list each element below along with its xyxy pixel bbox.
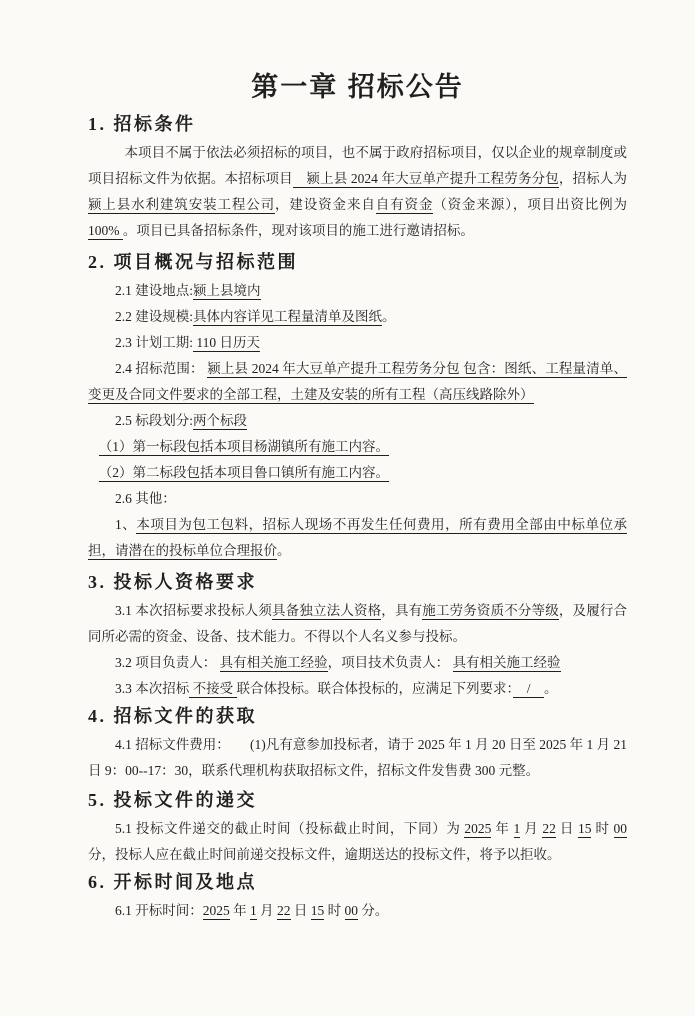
item-2-1-location: 2.1 建设地点:颍上县境内 bbox=[88, 278, 627, 304]
text-segment: 分，投标人应在截止时间前递交投标文件，逾期送达的投标文件，将予以拒收。 bbox=[88, 847, 561, 862]
text-segment: 时 bbox=[591, 821, 613, 836]
text-segment: （资金来源），项目出资比例为 bbox=[433, 197, 627, 212]
section-1-heading: 1. 招标条件 bbox=[88, 112, 627, 136]
text-segment: ，项目技术负责人： bbox=[328, 655, 453, 670]
underlined-fill-in-text: 颍上县 2024 年大豆单产提升工程劳务分包 bbox=[293, 171, 559, 188]
underlined-fill-in-text: 00 bbox=[614, 821, 628, 838]
item-2-4-scope: 2.4 招标范围： 颍上县 2024 年大豆单产提升工程劳务分包 包含：图纸、工… bbox=[88, 356, 627, 408]
item-2-6-note-1: 1、本项目为包工包料，招标人现场不再发生任何费用，所有费用全部由中标单位承担，请… bbox=[88, 512, 627, 564]
section-6-heading: 6. 开标时间及地点 bbox=[88, 870, 627, 894]
item-4-1-document-fee: 4.1 招标文件费用： (1)凡有意参加投标者，请于 2025 年 1 月 20… bbox=[88, 732, 627, 784]
underlined-fill-in-text: 颍上县境内 bbox=[193, 283, 261, 300]
text-segment: 2.4 招标范围： bbox=[115, 361, 207, 376]
item-5-1-submission-deadline: 5.1 投标文件递交的截止时间（投标截止时间，下同）为 2025 年 1 月 2… bbox=[88, 816, 627, 868]
text-segment: 分。 bbox=[358, 903, 388, 918]
text-segment: 2.3 计划工期: bbox=[115, 335, 193, 350]
underlined-fill-in-text: 具有相关施工经验 bbox=[453, 655, 561, 672]
text-segment: 。项目已具备招标条件，现对该项目的施工进行邀请招标。 bbox=[123, 223, 474, 238]
text-segment: 2.1 建设地点: bbox=[115, 283, 193, 298]
underlined-fill-in-text: 110 日历天 bbox=[193, 335, 260, 352]
underlined-fill-in-text: 具备独立法人资格 bbox=[272, 603, 381, 620]
text-segment: 。 bbox=[544, 681, 558, 696]
underlined-fill-in-text: 两个标段 bbox=[193, 413, 247, 430]
text-segment: 4.1 招标文件费用： (1)凡有意参加投标者，请于 2025 年 1 月 20… bbox=[88, 737, 627, 778]
text-segment: 5.1 投标文件递交的截止时间（投标截止时间，下同）为 bbox=[115, 821, 464, 836]
item-6-1-opening-time: 6.1 开标时间：2025 年 1 月 22 日 15 时 00 分。 bbox=[88, 898, 627, 924]
underlined-fill-in-text: 不接受 bbox=[189, 681, 236, 698]
text-segment: 时 bbox=[324, 903, 344, 918]
underlined-fill-in-text: 具有相关施工经验 bbox=[220, 655, 328, 672]
section-4-heading: 4. 招标文件的获取 bbox=[88, 704, 627, 728]
section-3-heading: 3. 投标人资格要求 bbox=[88, 570, 627, 594]
underlined-fill-in-text: 颍上县水利建筑安装工程公司 bbox=[88, 197, 275, 214]
underlined-fill-in-text: 100% bbox=[88, 223, 123, 240]
text-segment: 月 bbox=[257, 903, 277, 918]
text-segment: 2.6 其他： bbox=[115, 491, 176, 506]
text-segment: 日 bbox=[291, 903, 311, 918]
text-segment: 3.1 本次招标要求投标人须 bbox=[115, 603, 272, 618]
item-2-5-lots: 2.5 标段划分:两个标段 bbox=[88, 408, 627, 434]
underlined-fill-in-text: 自有资金 bbox=[376, 197, 434, 214]
text-segment: 年 bbox=[230, 903, 250, 918]
item-2-5-lot-2: （2）第二标段包括本项目鲁口镇所有施工内容。 bbox=[88, 460, 627, 486]
underlined-fill-in-text: （2）第二标段包括本项目鲁口镇所有施工内容。 bbox=[99, 465, 389, 482]
underlined-fill-in-text: （1）第一标段包括本项目杨湖镇所有施工内容。 bbox=[99, 439, 389, 456]
underlined-fill-in-text: 2025 bbox=[203, 903, 230, 920]
section-2-heading: 2. 项目概况与招标范围 bbox=[88, 250, 627, 274]
underlined-fill-in-text: 15 bbox=[578, 821, 592, 838]
item-2-3-schedule: 2.3 计划工期: 110 日历天 bbox=[88, 330, 627, 356]
tender-conditions-paragraph: 本项目不属于依法必须招标的项目，也不属于政府招标项目，仅以企业的规章制度或项目招… bbox=[88, 140, 627, 244]
underlined-fill-in-text: 15 bbox=[311, 903, 325, 920]
text-segment: 。 bbox=[382, 309, 396, 324]
item-2-6-other: 2.6 其他： bbox=[88, 486, 627, 512]
document-title: 第一章 招标公告 bbox=[88, 70, 627, 104]
underlined-fill-in-text: 00 bbox=[345, 903, 359, 920]
underlined-fill-in-text: 22 bbox=[277, 903, 291, 920]
underlined-fill-in-text: 本项目为包工包料，招标人现场不再发生任何费用，所有费用全部由中标单位承担，请潜在… bbox=[88, 517, 627, 560]
section-5-heading: 5. 投标文件的递交 bbox=[88, 788, 627, 812]
underlined-fill-in-text: 具体内容详见工程量清单及图纸 bbox=[193, 309, 382, 326]
text-segment: 年 bbox=[491, 821, 513, 836]
text-segment: 月 bbox=[520, 821, 542, 836]
text-segment: 联合体投标。联合体投标的，应满足下列要求： bbox=[237, 681, 514, 696]
text-segment: 2.2 建设规模: bbox=[115, 309, 193, 324]
text-segment: 。 bbox=[277, 543, 291, 558]
item-3-1-qualification: 3.1 本次招标要求投标人须具备独立法人资格，具有施工劳务资质不分等级，及履行合… bbox=[88, 598, 627, 650]
underlined-fill-in-text: 2025 bbox=[464, 821, 491, 838]
item-3-2-managers: 3.2 项目负责人： 具有相关施工经验，项目技术负责人： 具有相关施工经验 bbox=[88, 650, 627, 676]
text-segment: ，具有 bbox=[381, 603, 422, 618]
text-segment: 日 bbox=[556, 821, 578, 836]
underlined-fill-in-text: 1 bbox=[250, 903, 257, 920]
tender-announcement-page: 第一章 招标公告 1. 招标条件 本项目不属于依法必须招标的项目，也不属于政府招… bbox=[0, 0, 695, 1016]
text-segment: 6.1 开标时间： bbox=[115, 903, 203, 918]
underlined-fill-in-text: 施工劳务资质不分等级 bbox=[422, 603, 559, 620]
item-2-5-lot-1: （1）第一标段包括本项目杨湖镇所有施工内容。 bbox=[88, 434, 627, 460]
text-segment: 2.5 标段划分: bbox=[115, 413, 193, 428]
item-2-2-scale: 2.2 建设规模:具体内容详见工程量清单及图纸。 bbox=[88, 304, 627, 330]
underlined-fill-in-text: / bbox=[513, 681, 544, 698]
text-segment: 3.2 项目负责人： bbox=[115, 655, 220, 670]
underlined-fill-in-text: 22 bbox=[542, 821, 556, 838]
item-3-3-consortium: 3.3 本次招标 不接受 联合体投标。联合体投标的，应满足下列要求： / 。 bbox=[88, 676, 627, 702]
text-segment: 1、 bbox=[115, 517, 136, 532]
text-segment: ，建设资金来自 bbox=[275, 197, 376, 212]
text-segment: 3.3 本次招标 bbox=[115, 681, 189, 696]
text-segment: ，招标人为 bbox=[559, 171, 627, 186]
